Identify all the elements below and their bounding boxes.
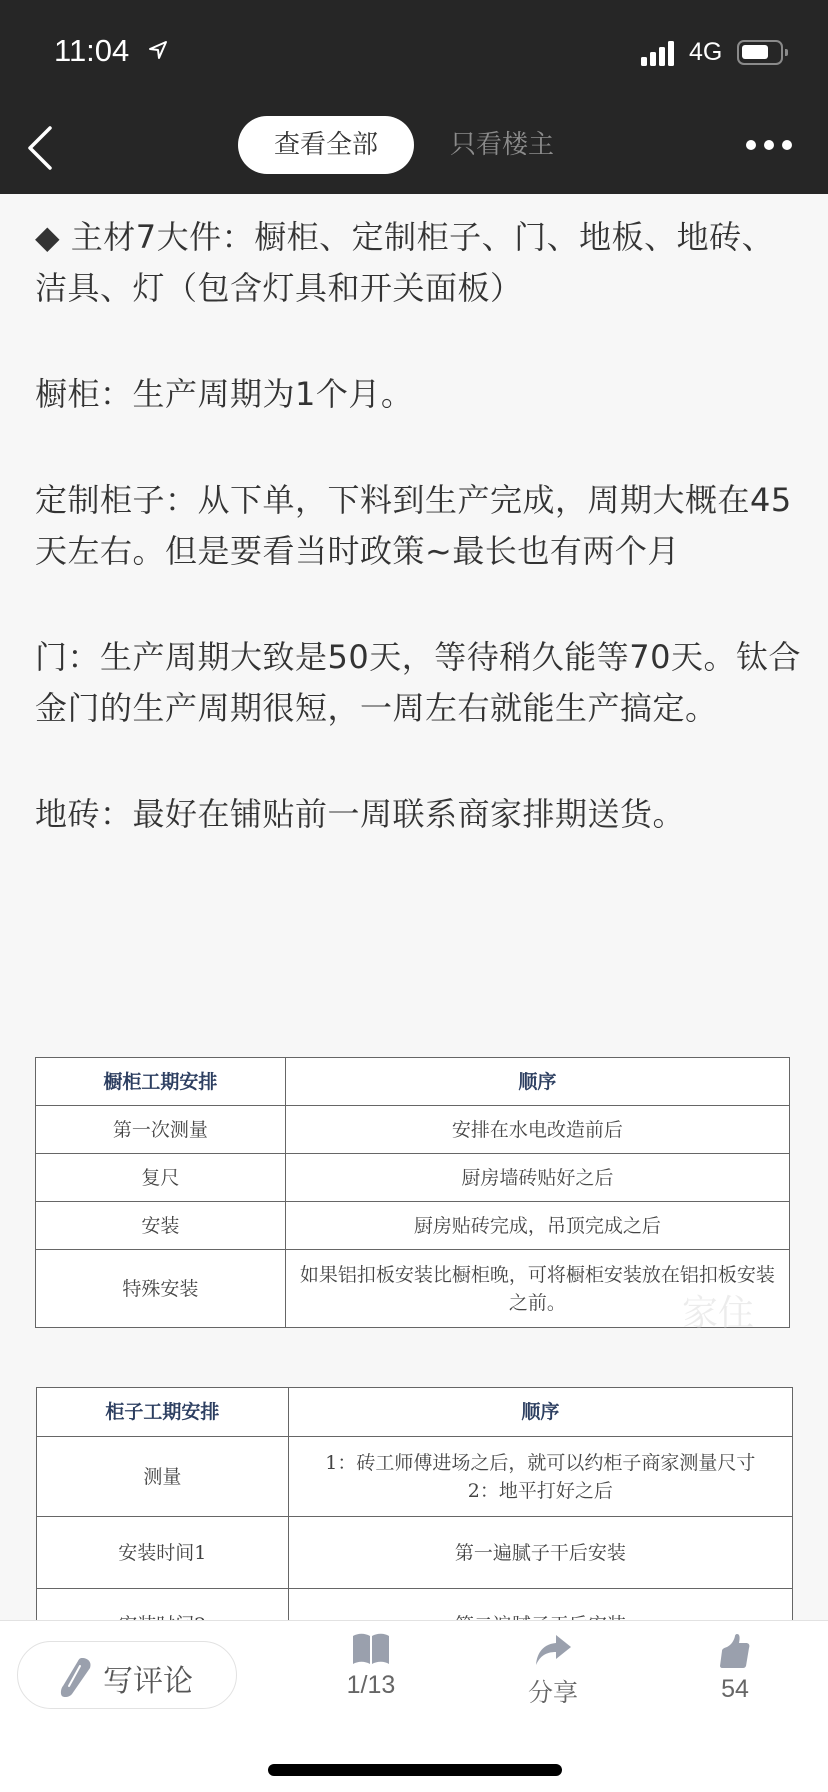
table-header: 柜子工期安排	[37, 1388, 289, 1437]
table-cell: 厨房墙砖贴好之后	[285, 1154, 789, 1202]
table-header-row: 柜子工期安排 顺序	[37, 1388, 793, 1437]
tab-view-all[interactable]: 查看全部	[238, 116, 414, 174]
signal-icon	[641, 40, 679, 66]
table-cell: 厨房贴砖完成，吊顶完成之后	[285, 1202, 789, 1250]
chevron-left-icon	[18, 120, 62, 176]
pen-icon	[58, 1656, 94, 1698]
cabinet-schedule-table: 橱柜工期安排 顺序 第一次测量 安排在水电改造前后 复尺 厨房墙砖贴好之后 安装…	[35, 1057, 790, 1328]
like-button[interactable]: 54	[680, 1633, 790, 1723]
table-cell: 安排在水电改造前后	[285, 1106, 789, 1154]
tab-op-only[interactable]: 只看楼主	[432, 116, 572, 174]
table-cell: 特殊安装	[36, 1250, 286, 1328]
table-row: 测量 1：砖工师傅进场之后，就可以约柜子商家测量尺寸 2：地平打好之后	[37, 1437, 793, 1517]
book-icon	[352, 1633, 390, 1665]
write-comment-label: 写评论	[103, 1656, 193, 1700]
table-cell: 第一遍腻子干后安装	[288, 1517, 792, 1589]
back-button[interactable]	[18, 120, 62, 176]
network-type: 4G	[689, 38, 722, 67]
share-arrow-icon	[534, 1633, 572, 1667]
share-button[interactable]: 分享	[498, 1633, 608, 1723]
page-indicator-button[interactable]: 1/13	[316, 1633, 426, 1723]
table-row: 安装时间1 第一遍腻子干后安装	[37, 1517, 793, 1589]
status-time: 11:04	[54, 33, 129, 69]
top-bar: 11:04 4G 查看全部 只看楼主	[0, 0, 828, 194]
table-cell: 第一次测量	[36, 1106, 286, 1154]
table-row: 复尺 厨房墙砖贴好之后	[36, 1154, 790, 1202]
table-header-row: 橱柜工期安排 顺序	[36, 1058, 790, 1106]
table-row: 安装 厨房贴砖完成，吊顶完成之后	[36, 1202, 790, 1250]
article-paragraph: 门：生产周期大致是50天，等待稍久能等70天。钛合金门的生产周期很短，一周左右就…	[35, 632, 805, 734]
table-header: 顺序	[285, 1058, 789, 1106]
home-indicator[interactable]	[268, 1764, 562, 1776]
more-button[interactable]	[744, 130, 794, 160]
table-row: 特殊安装 如果铝扣板安装比橱柜晚，可将橱柜安装放在铝扣板安装之前。	[36, 1250, 790, 1328]
like-count: 54	[680, 1675, 790, 1704]
article-paragraph: 橱柜：生产周期为1个月。	[35, 369, 805, 420]
article-body: ◆ 主材7大件：橱柜、定制柜子、门、地板、地砖、洁具、灯（包含灯具和开关面板） …	[35, 194, 805, 840]
battery-icon	[737, 40, 783, 65]
page-indicator: 1/13	[316, 1671, 426, 1700]
table-header: 顺序	[288, 1388, 792, 1437]
table-cell: 测量	[37, 1437, 289, 1517]
table-cell: 安装	[36, 1202, 286, 1250]
share-label: 分享	[498, 1673, 608, 1709]
article-paragraph: ◆ 主材7大件：橱柜、定制柜子、门、地板、地砖、洁具、灯（包含灯具和开关面板）	[35, 212, 805, 314]
table-row: 第一次测量 安排在水电改造前后	[36, 1106, 790, 1154]
more-dots-icon	[746, 140, 756, 150]
table-cell: 安装时间1	[37, 1517, 289, 1589]
table-cell: 复尺	[36, 1154, 286, 1202]
article-paragraph: 定制柜子：从下单，下料到生产完成，周期大概在45天左右。但是要看当时政策~最长也…	[35, 475, 805, 577]
write-comment-button[interactable]: 写评论	[17, 1641, 237, 1709]
table-cell: 1：砖工师傅进场之后，就可以约柜子商家测量尺寸 2：地平打好之后	[288, 1437, 792, 1517]
article-paragraph: 地砖：最好在铺贴前一周联系商家排期送货。	[35, 789, 805, 840]
thumbs-up-icon	[719, 1633, 751, 1669]
location-arrow-icon	[148, 40, 168, 60]
table-cell: 如果铝扣板安装比橱柜晚，可将橱柜安装放在铝扣板安装之前。	[285, 1250, 789, 1328]
table-header: 橱柜工期安排	[36, 1058, 286, 1106]
